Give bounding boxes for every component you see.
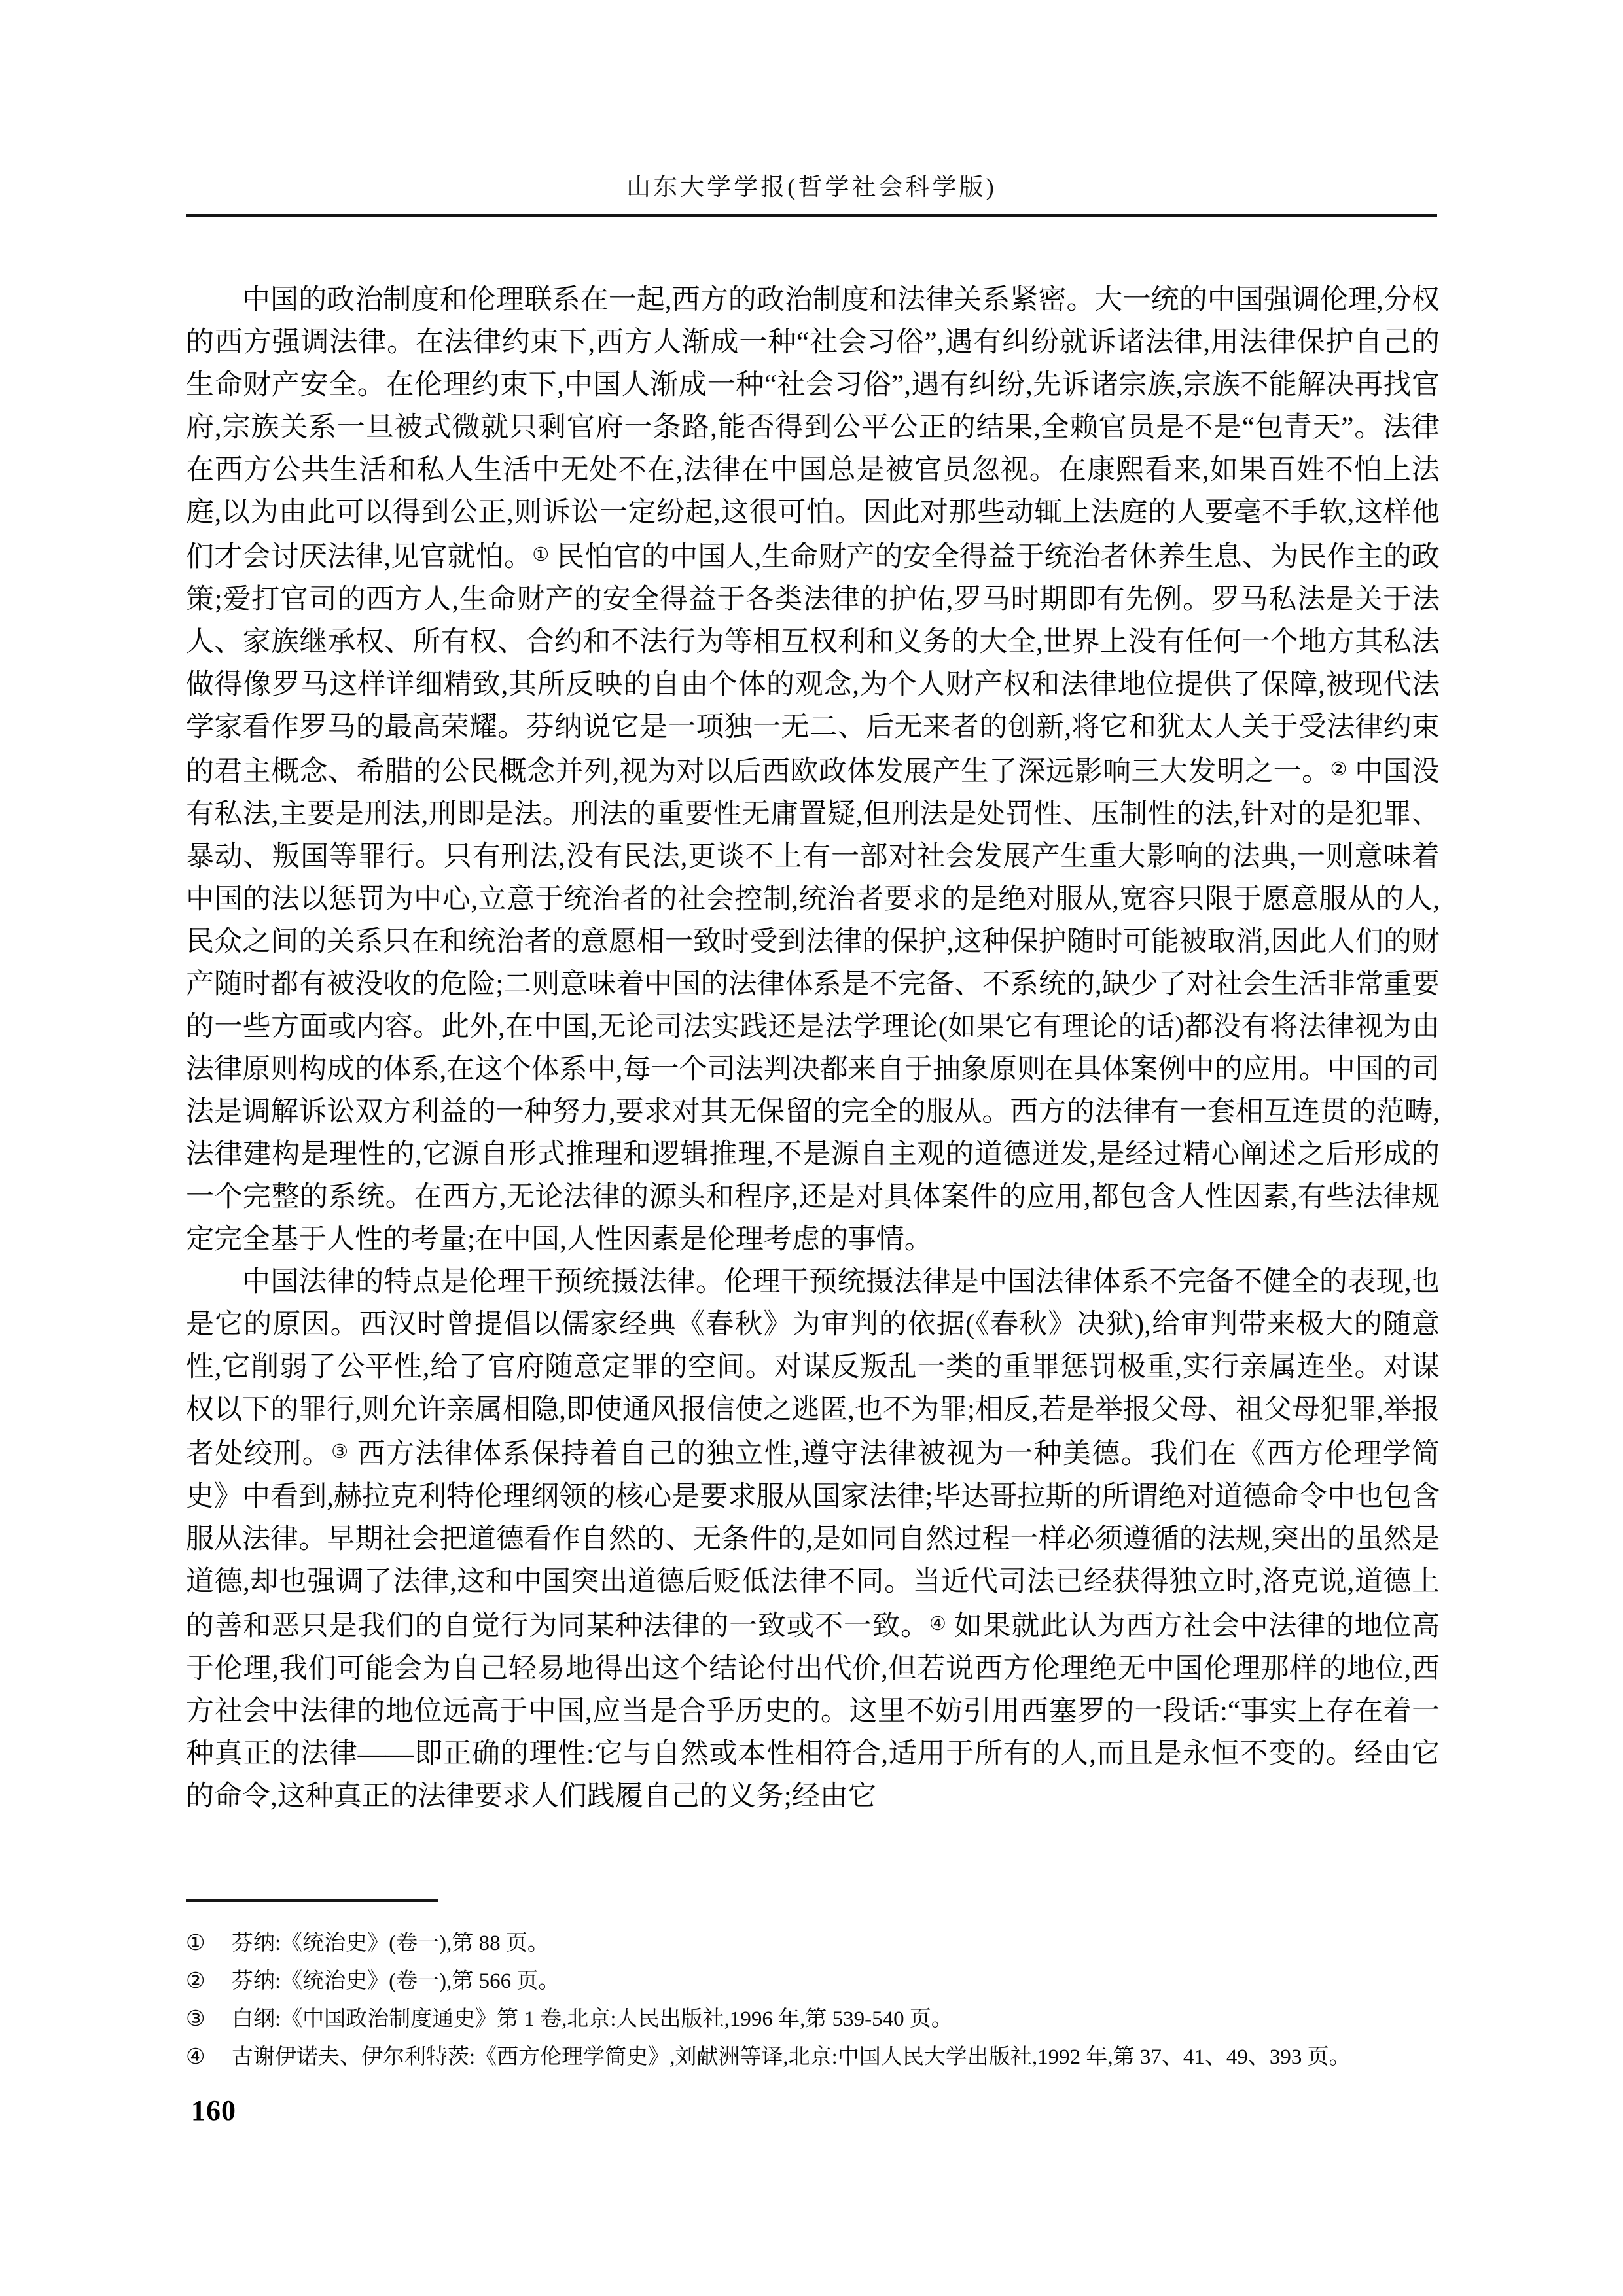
- footnote-ref-marker: ①: [532, 544, 549, 565]
- footnote-text: 芬纳:《统治史》(卷一),第 88 页。: [232, 1930, 1449, 1956]
- footnote-marker: ①: [186, 1930, 232, 1956]
- paragraph-text: 中国的政治制度和伦理联系在一起,西方的政治制度和法律关系紧密。大一统的中国强调伦…: [186, 285, 1440, 573]
- footnote-marker: ③: [186, 2006, 232, 2032]
- page: 山东大学学报(哲学社会科学版) 中国的政治制度和伦理联系在一起,西方的政治制度和…: [0, 0, 1623, 2296]
- footnote-separator-rule: [186, 1899, 438, 1902]
- footnote-item: ④ 古谢伊诺夫、伊尔利特茨:《西方伦理学简史》,刘献洲等译,北京:中国人民大学出…: [186, 2044, 1449, 2070]
- footnote-text: 白纲:《中国政治制度通史》第 1 卷,北京:人民出版社,1996 年,第 539…: [232, 2006, 1449, 2032]
- footnote-ref-marker: ②: [1330, 759, 1347, 780]
- body-paragraph-2: 中国法律的特点是伦理干预统摄法律。伦理干预统摄法律是中国法律体系不完备不健全的表…: [186, 1261, 1440, 1818]
- body-paragraph-1: 中国的政治制度和伦理联系在一起,西方的政治制度和法律关系紧密。大一统的中国强调伦…: [186, 279, 1440, 1261]
- page-number: 160: [191, 2094, 236, 2127]
- footnote-marker: ②: [186, 1968, 232, 1994]
- journal-title: 山东大学学报(哲学社会科学版): [0, 167, 1623, 202]
- article-body: 中国的政治制度和伦理联系在一起,西方的政治制度和法律关系紧密。大一统的中国强调伦…: [186, 279, 1440, 1818]
- footnotes-section: ① 芬纳:《统治史》(卷一),第 88 页。 ② 芬纳:《统治史》(卷一),第 …: [186, 1930, 1449, 2082]
- footnote-item: ① 芬纳:《统治史》(卷一),第 88 页。: [186, 1930, 1449, 1956]
- footnote-item: ② 芬纳:《统治史》(卷一),第 566 页。: [186, 1968, 1449, 1994]
- paragraph-text: 民怕官的中国人,生命财产的安全得益于统治者休养生息、为民作主的政策;爱打官司的西…: [186, 542, 1440, 787]
- footnote-text: 古谢伊诺夫、伊尔利特茨:《西方伦理学简史》,刘献洲等译,北京:中国人民大学出版社…: [232, 2044, 1449, 2070]
- footnote-ref-marker: ③: [331, 1441, 349, 1462]
- footnote-item: ③ 白纲:《中国政治制度通史》第 1 卷,北京:人民出版社,1996 年,第 5…: [186, 2006, 1449, 2032]
- footnote-ref-marker: ④: [929, 1614, 947, 1634]
- paragraph-text: 中国没有私法,主要是刑法,刑即是法。刑法的重要性无庸置疑,但刑法是处罚性、压制性…: [186, 756, 1440, 1255]
- header-rule: [186, 214, 1437, 217]
- footnote-marker: ④: [186, 2044, 232, 2070]
- footnote-text: 芬纳:《统治史》(卷一),第 566 页。: [232, 1968, 1449, 1994]
